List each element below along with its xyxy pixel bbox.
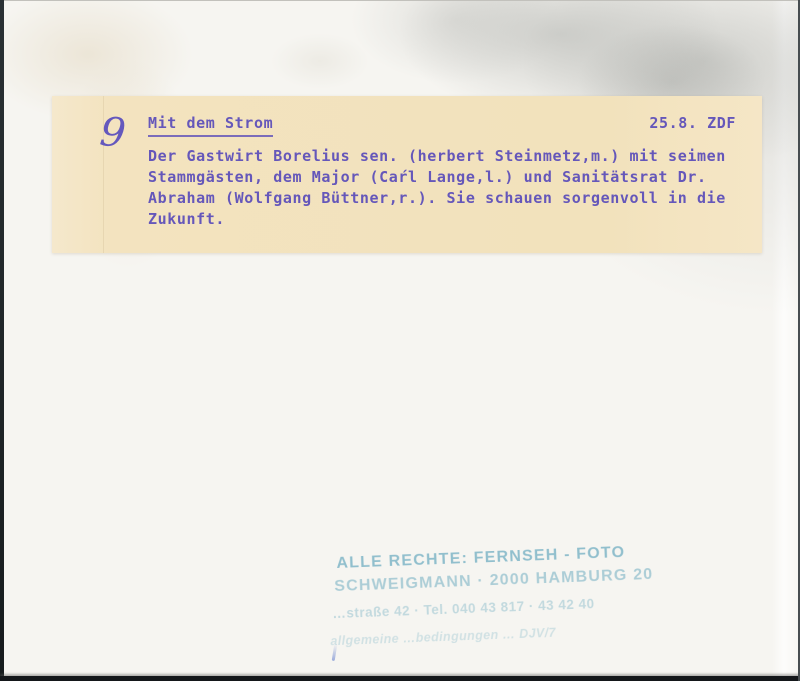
photo-edge-left xyxy=(0,0,4,681)
caption-line: Der Gastwirt Borelius sen. (herbert Stei… xyxy=(148,146,726,167)
caption-line: Abraham (Wolfgang Büttner,r.). Sie schau… xyxy=(148,188,726,209)
date-channel-note: 25.8. ZDF xyxy=(649,113,736,134)
photo-title: Mit dem Strom xyxy=(148,113,273,137)
label-header: Mit dem Strom 25.8. ZDF xyxy=(148,113,736,137)
caption-line: Stammgästen, dem Major (Caŕl Lange,l.) u… xyxy=(148,167,726,188)
photo-edge-bottom xyxy=(0,676,800,681)
caption-line: Zukunft. xyxy=(148,209,726,230)
caption-label: 9 Mit dem Strom 25.8. ZDF Der Gastwirt B… xyxy=(52,96,762,253)
press-photo-back: 9 Mit dem Strom 25.8. ZDF Der Gastwirt B… xyxy=(0,0,800,681)
handwritten-number: 9 xyxy=(98,109,128,157)
photo-edge-top xyxy=(0,0,800,1)
caption-text: Der Gastwirt Borelius sen. (herbert Stei… xyxy=(148,146,726,230)
agency-stamp: ALLE RECHTE: FERNSEH - FOTO SCHWEIGMANN … xyxy=(336,539,670,653)
